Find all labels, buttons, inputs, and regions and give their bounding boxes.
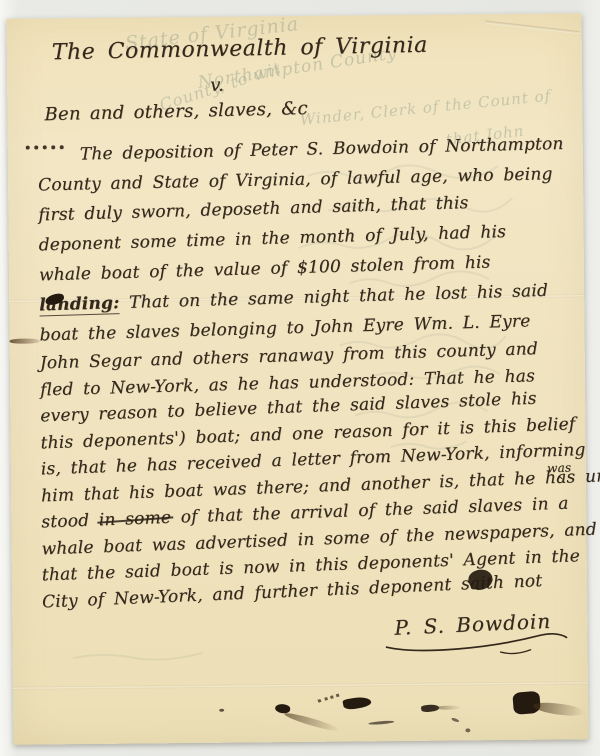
ink-speck xyxy=(451,717,460,722)
case-caption: The Commonwealth of Virginia v. Ben and … xyxy=(7,13,582,19)
ink-speck xyxy=(219,709,224,712)
case-versus: v. xyxy=(210,75,224,96)
case-plaintiff: The Commonwealth of Virginia xyxy=(52,33,428,66)
signature-underline-flourish xyxy=(380,629,570,657)
scanned-document: { "colors": { "photo_background": "#e8e9… xyxy=(0,0,600,756)
ink-blot xyxy=(342,695,372,711)
ink-blot xyxy=(421,704,440,713)
ink-smear xyxy=(368,720,394,725)
photo-background: State of VirginiaCounty, to witNorthampt… xyxy=(0,0,600,756)
ink-blot xyxy=(275,703,291,714)
ink-speck xyxy=(465,728,470,732)
deposition-text: The deposition of Peter S. Bowdoin of No… xyxy=(38,135,569,615)
ink-blot xyxy=(512,691,541,715)
case-defendant: Ben and others, slaves, &c xyxy=(44,98,308,125)
document-page: State of VirginiaCounty, to witNorthampt… xyxy=(7,13,589,744)
fold-crease xyxy=(13,681,588,690)
bleedthrough-line: Winder, Clerk of the Count of xyxy=(299,87,552,129)
ink-smear xyxy=(10,338,40,343)
folded-corner-crease xyxy=(485,20,580,34)
